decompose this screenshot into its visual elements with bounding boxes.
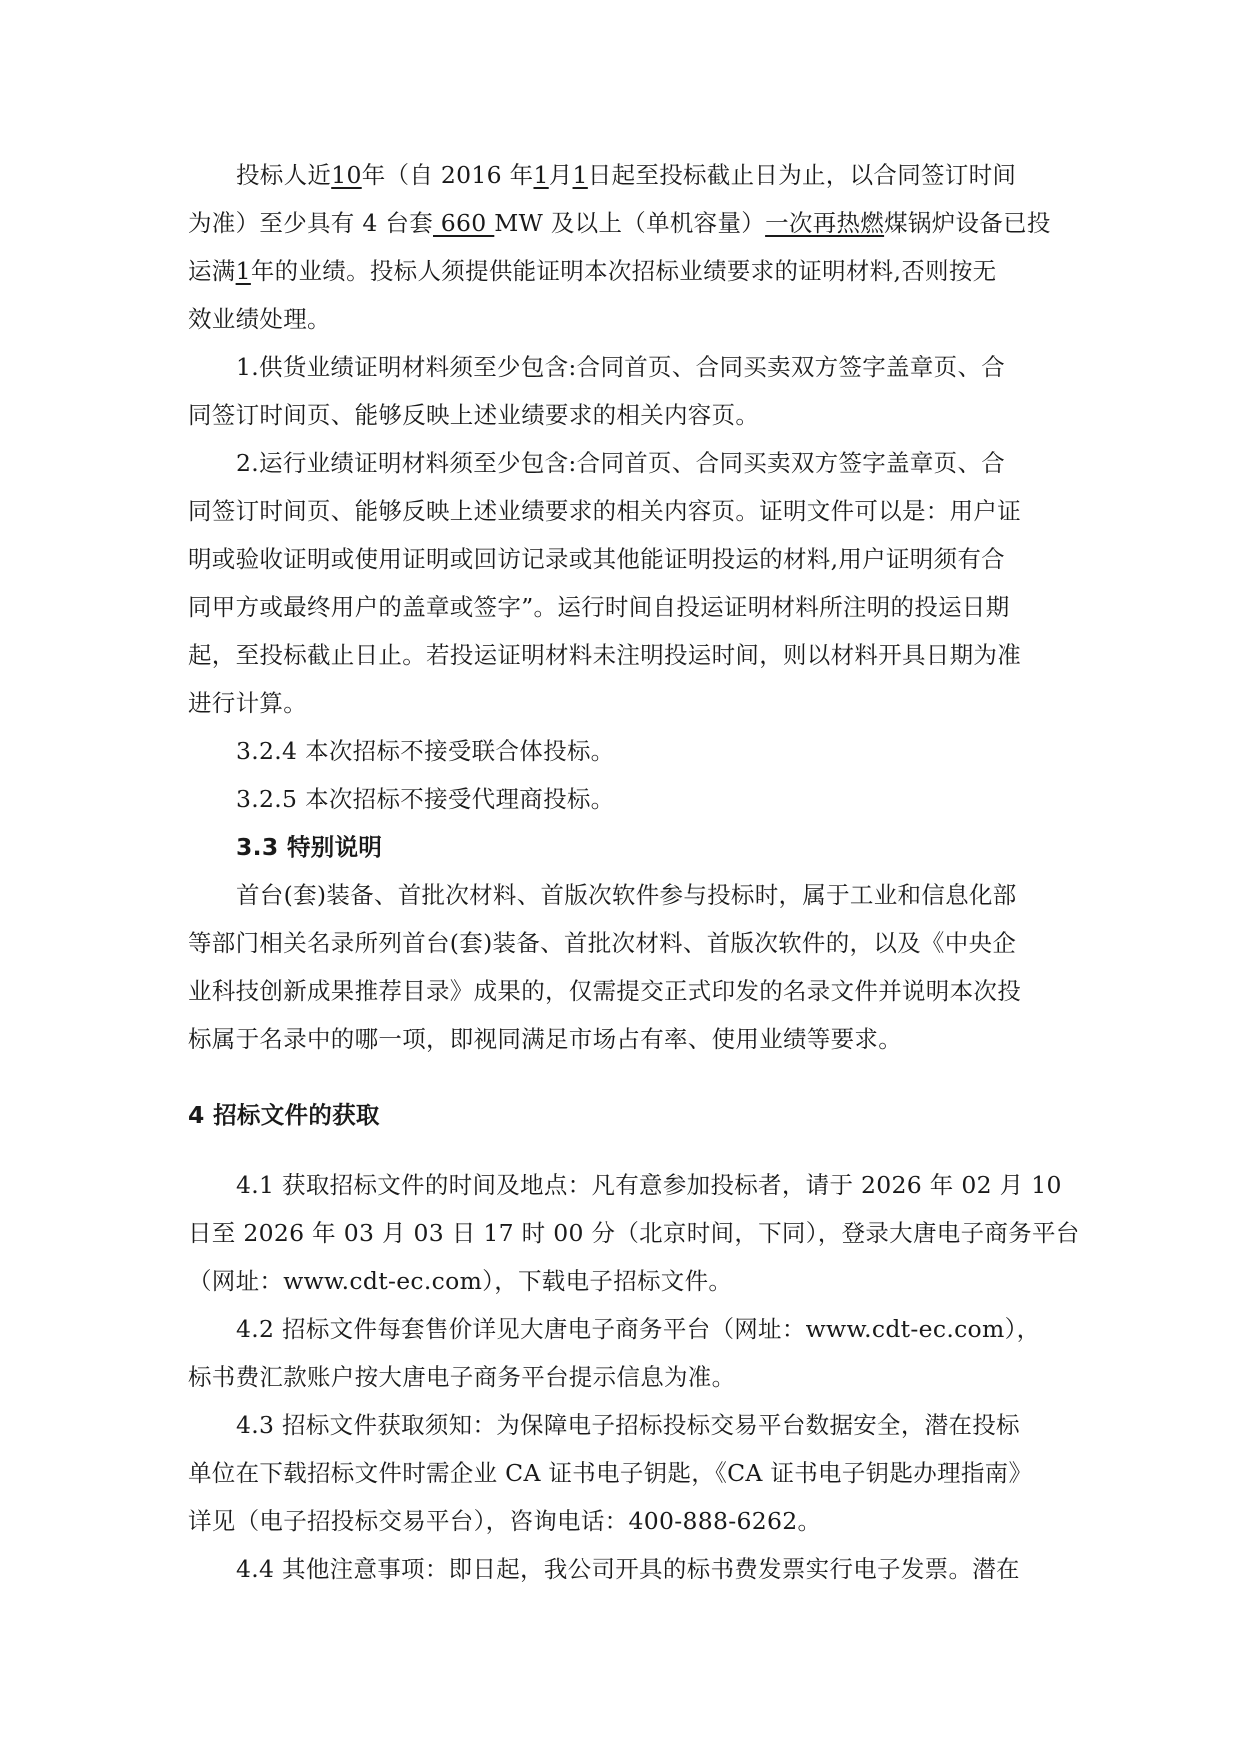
boiler-type-value: 一次再热燃 — [765, 209, 884, 237]
month-value: 1 — [533, 161, 548, 189]
text: 运满 — [188, 257, 236, 285]
clause-4-1-line-1: 4.1 获取招标文件的时间及地点：凡有意参加投标者，请于 2026 年 02 月… — [236, 1170, 1101, 1200]
section-3-3-line-1: 首台(套)装备、首批次材料、首版次软件参与投标时，属于工业和信息化部 — [236, 880, 1101, 910]
document-page: 投标人近10年（自 2016 年1月1日起至投标截止日为止，以合同签订时间 为准… — [0, 0, 1240, 1753]
text: 煤锅炉设备已投 — [884, 209, 1051, 237]
section-3-3-line-4: 标属于名录中的哪一项，即视同满足市场占有率、使用业绩等要求。 — [188, 1024, 1053, 1054]
item-1-line-2: 同签订时间页、能够反映上述业绩要求的相关内容页。 — [188, 400, 1053, 430]
clause-4-3-line-1: 4.3 招标文件获取须知：为保障电子招标投标交易平台数据安全，潜在投标 — [236, 1410, 1101, 1440]
qualification-line-4: 效业绩处理。 — [188, 304, 1053, 334]
day-value: 1 — [573, 161, 588, 189]
clause-4-2-line-2: 标书费汇款账户按大唐电子商务平台提示信息为准。 — [188, 1362, 1053, 1392]
text: 日起至投标截止日为止，以合同签订时间 — [588, 161, 1016, 189]
text: 为准）至少具有 4 台套 — [188, 209, 433, 237]
clause-4-1-line-2: 日至 2026 年 03 月 03 日 17 时 00 分（北京时间，下同），登… — [188, 1218, 1053, 1248]
operation-years-value: 1 — [236, 257, 251, 285]
item-2-line-2: 同签订时间页、能够反映上述业绩要求的相关内容页。证明文件可以是：用户证 — [188, 496, 1053, 526]
section-3-3-heading: 3.3 特别说明 — [236, 832, 1101, 862]
text: 年（自 2016 年 — [362, 161, 534, 189]
clause-3-2-5: 3.2.5 本次招标不接受代理商投标。 — [236, 784, 1101, 814]
qualification-line-1: 投标人近10年（自 2016 年1月1日起至投标截止日为止，以合同签订时间 — [236, 160, 1101, 190]
text: MW 及以上（单机容量） — [494, 209, 765, 237]
item-2-line-6: 进行计算。 — [188, 688, 1053, 718]
text: 投标人近 — [236, 161, 331, 189]
clause-4-3-line-2: 单位在下载招标文件时需企业 CA 证书电子钥匙，《CA 证书电子钥匙办理指南》 — [188, 1458, 1053, 1488]
text: 月 — [549, 161, 573, 189]
qualification-line-2: 为准）至少具有 4 台套 660 MW 及以上（单机容量）一次再热燃煤锅炉设备已… — [188, 208, 1053, 238]
item-1-line-1: 1.供货业绩证明材料须至少包含:合同首页、合同买卖双方签字盖章页、合 — [236, 352, 1101, 382]
years-value: 10 — [331, 161, 362, 189]
clause-4-4-line-1: 4.4 其他注意事项：即日起，我公司开具的标书费发票实行电子发票。潜在 — [236, 1554, 1101, 1584]
clause-3-2-4: 3.2.4 本次招标不接受联合体投标。 — [236, 736, 1101, 766]
clause-4-1-line-3: （网址：www.cdt-ec.com），下载电子招标文件。 — [188, 1266, 1053, 1296]
clause-4-3-line-3: 详见（电子招投标交易平台），咨询电话：400-888-6262。 — [188, 1506, 1053, 1536]
section-3-3-line-3: 业科技创新成果推荐目录》成果的，仅需提交正式印发的名录文件并说明本次投 — [188, 976, 1053, 1006]
item-2-line-3: 明或验收证明或使用证明或回访记录或其他能证明投运的材料,用户证明须有合 — [188, 544, 1053, 574]
text: 年的业绩。投标人须提供能证明本次招标业绩要求的证明材料,否则按无 — [251, 257, 997, 285]
qualification-line-3: 运满1年的业绩。投标人须提供能证明本次招标业绩要求的证明材料,否则按无 — [188, 256, 1053, 286]
item-2-line-5: 起，至投标截止日止。若投运证明材料未注明投运时间，则以材料开具日期为准 — [188, 640, 1053, 670]
item-2-line-4: 同甲方或最终用户的盖章或签字”。运行时间自投运证明材料所注明的投运日期 — [188, 592, 1053, 622]
clause-4-2-line-1: 4.2 招标文件每套售价详见大唐电子商务平台（网址：www.cdt-ec.com… — [236, 1314, 1101, 1344]
section-4-heading: 4 招标文件的获取 — [188, 1100, 1053, 1130]
capacity-value: 660 — [433, 209, 494, 237]
section-3-3-line-2: 等部门相关名录所列首台(套)装备、首批次材料、首版次软件的，以及《中央企 — [188, 928, 1053, 958]
item-2-line-1: 2.运行业绩证明材料须至少包含:合同首页、合同买卖双方签字盖章页、合 — [236, 448, 1101, 478]
